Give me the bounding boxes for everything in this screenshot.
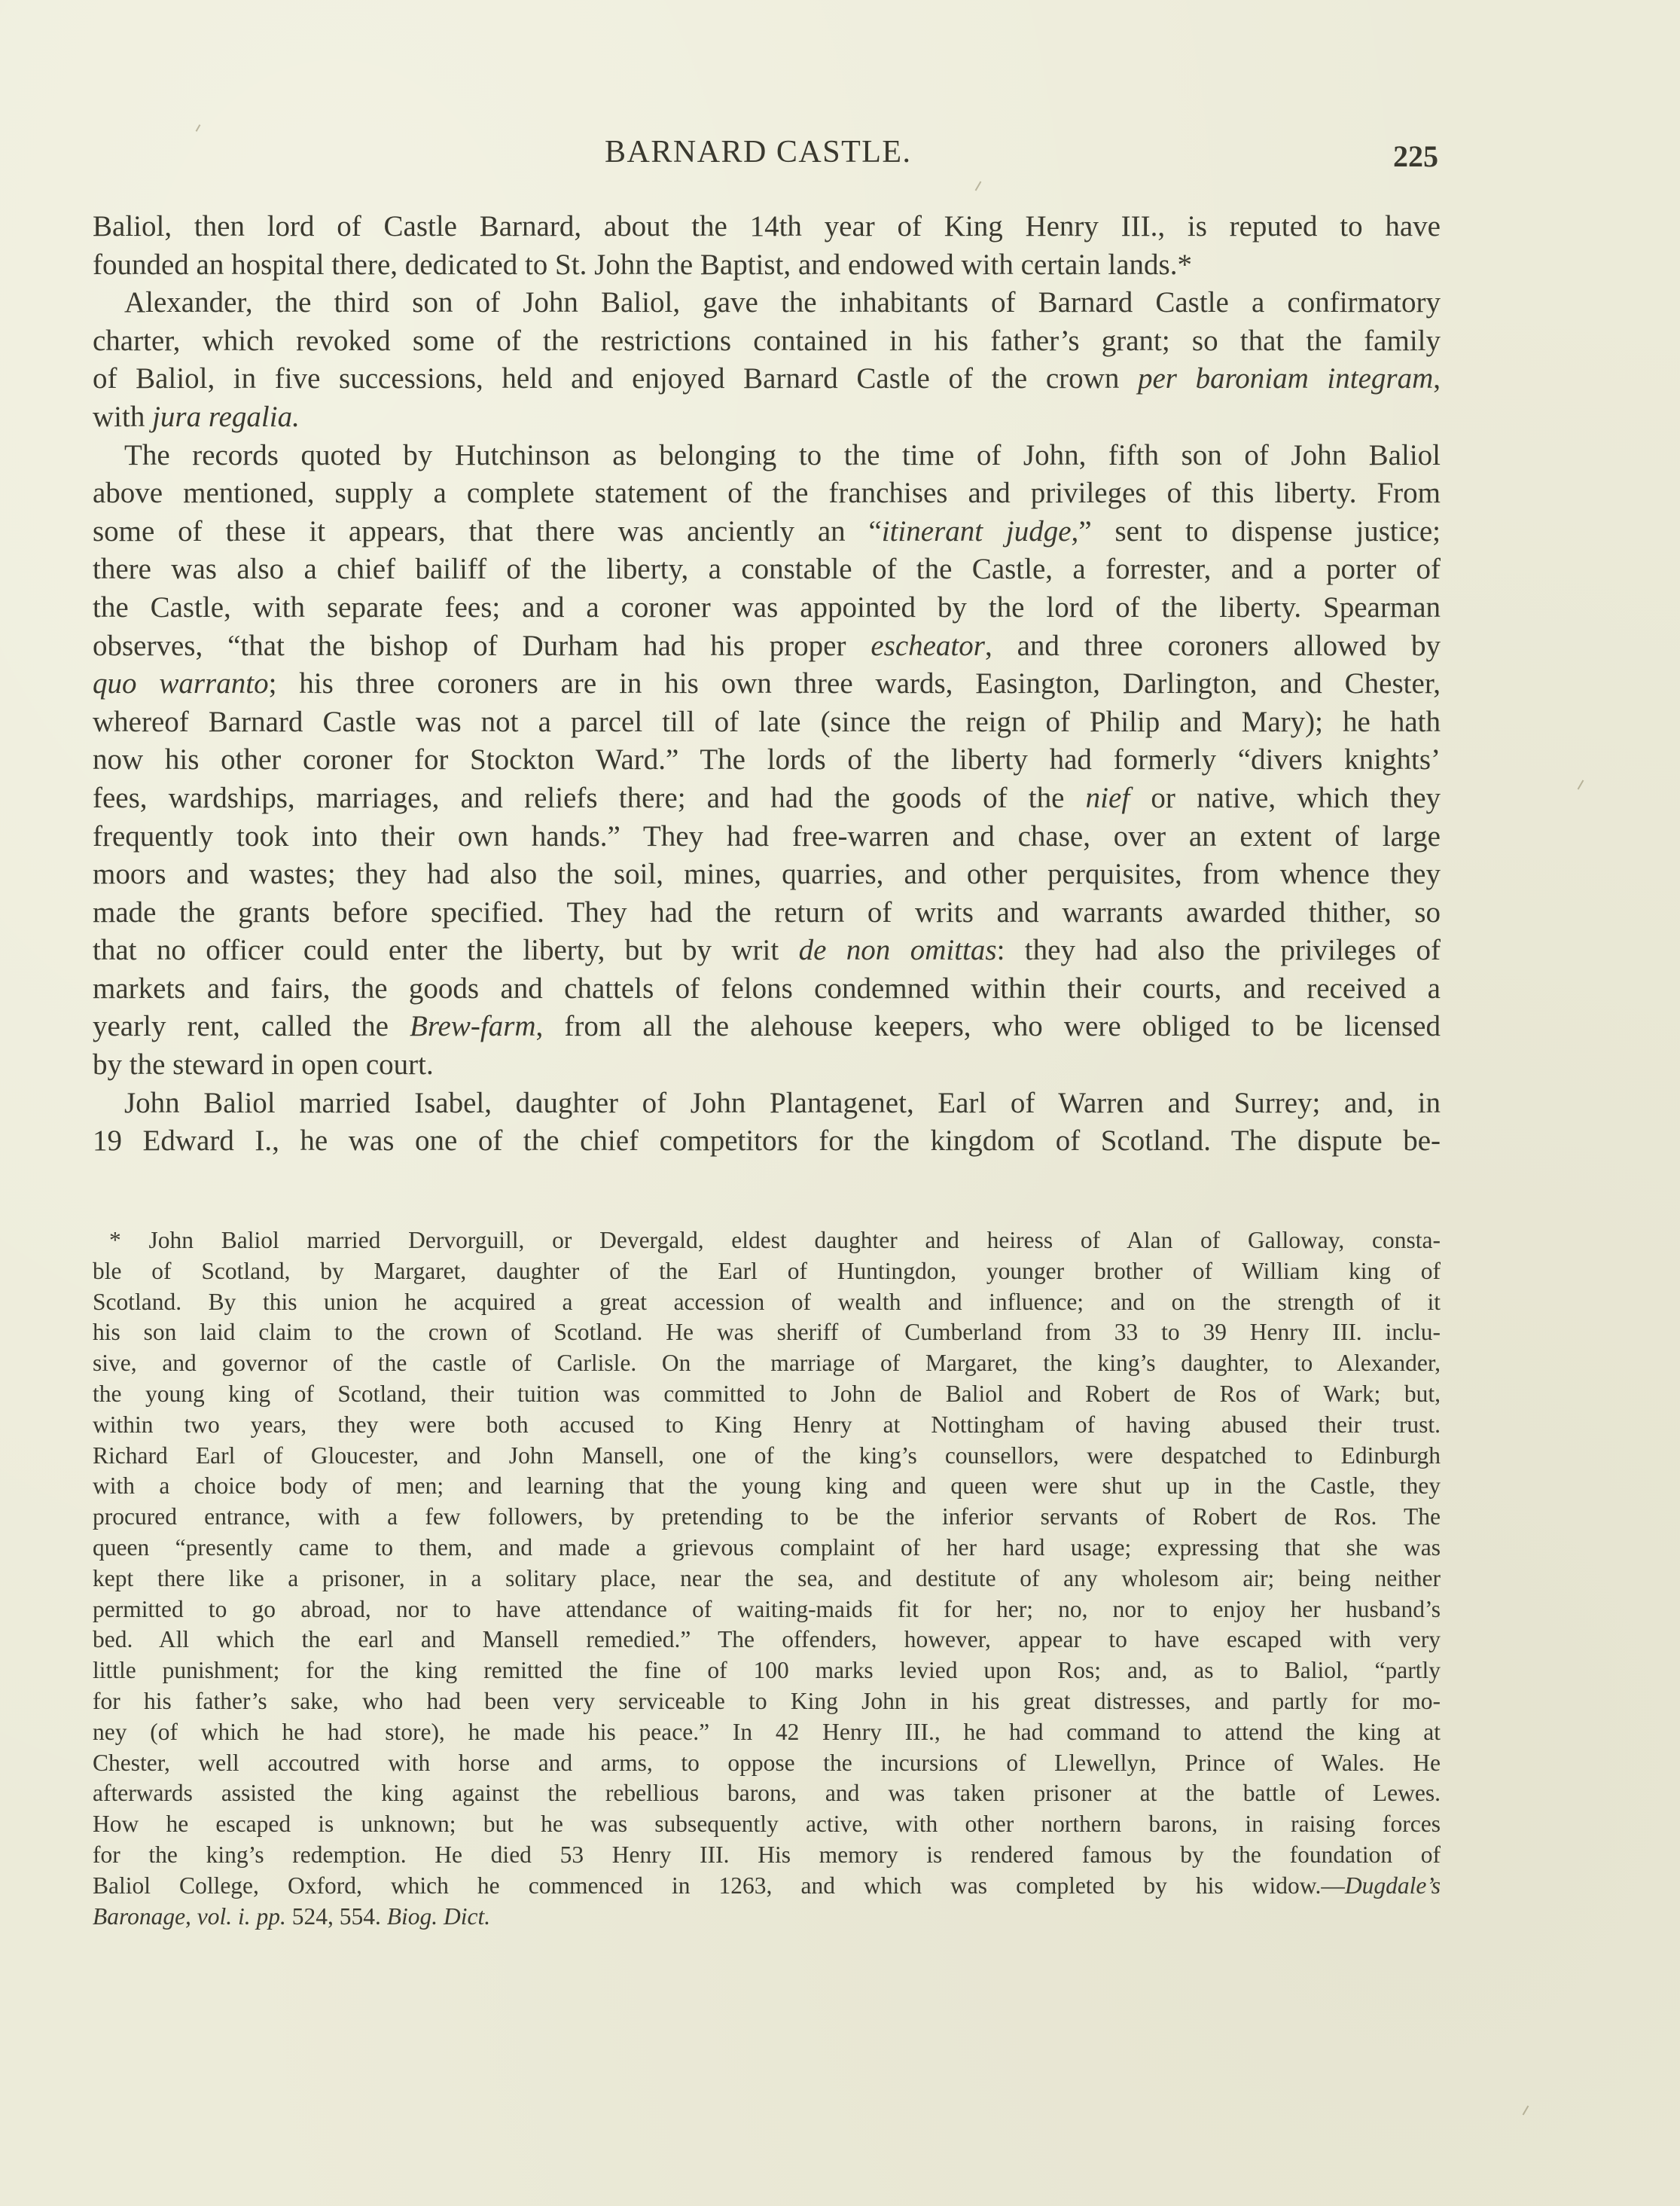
body-line: quo warranto; his three coroners are in … [93, 665, 1441, 703]
footnote-text: kept there like a prisoner, in a solitar… [93, 1565, 1441, 1591]
footnote-text: Baliol College, Oxford, which he commenc… [93, 1872, 1345, 1899]
body-line: 19 Edward I., he was one of the chief co… [93, 1122, 1441, 1161]
footnote-text: with a choice body of men; and learning … [93, 1472, 1441, 1499]
footnote-line: his son laid claim to the crown of Scotl… [93, 1317, 1441, 1348]
footnote-line: * John Baliol married Dervorguill, or De… [93, 1225, 1441, 1256]
body-text: , and three coroners allowed by [985, 630, 1441, 662]
body-line: by the steward in open court. [93, 1046, 1441, 1085]
footnote-line: Chester, well accoutred with horse and a… [93, 1748, 1441, 1779]
body-line: moors and wastes; they had also the soil… [93, 856, 1441, 894]
footnote-text: ble of Scotland, by Margaret, daughter o… [93, 1258, 1441, 1284]
body-text: now his other coroner for Stockton Ward.… [93, 743, 1441, 776]
body-line: markets and fairs, the goods and chattel… [93, 970, 1441, 1008]
body-line: founded an hospital there, dedicated to … [93, 246, 1441, 285]
footnote-text: Scotland. By this union he acquired a gr… [93, 1289, 1441, 1315]
body-text: John Baliol married Isabel, daughter of … [124, 1087, 1441, 1119]
footnote-text: Chester, well accoutred with horse and a… [93, 1750, 1441, 1776]
body-line: John Baliol married Isabel, daughter of … [93, 1085, 1441, 1123]
footnote-text: afterwards assisted the king against the… [93, 1780, 1441, 1806]
paper-speck [1523, 2105, 1529, 2115]
paper-speck [975, 181, 982, 191]
body-text: markets and fairs, the goods and chattel… [93, 972, 1441, 1005]
paper-speck [1578, 780, 1584, 789]
body-line: some of these it appears, that there was… [93, 513, 1441, 551]
body-italic-text: per baroniam integram [1138, 362, 1433, 395]
body-line: with jura regalia. [93, 398, 1441, 437]
body-line: the Castle, with separate fees; and a co… [93, 589, 1441, 627]
body-text: fees, wardships, marriages, and reliefs … [93, 782, 1086, 814]
body-text: above mentioned, supply a complete state… [93, 477, 1441, 509]
body-text: some of these it appears, that there was… [93, 515, 882, 548]
body-italic-text: nief [1086, 782, 1130, 814]
footnote-line: for the king’s redemption. He died 53 He… [93, 1840, 1441, 1871]
footnote-line: within two years, they were both accused… [93, 1410, 1441, 1441]
footnote-line: Baliol College, Oxford, which he commenc… [93, 1871, 1441, 1902]
body-text: made the grants before specified. They h… [93, 896, 1441, 929]
body-text: Alexander, the third son of John Baliol,… [124, 286, 1441, 319]
body-text: : they had also the privileges of [997, 934, 1441, 966]
footnote-line: Scotland. By this union he acquired a gr… [93, 1287, 1441, 1318]
footnote-italic-text: Baronage, vol. i. pp. [93, 1903, 286, 1930]
main-text: Baliol, then lord of Castle Barnard, abo… [93, 208, 1441, 1161]
body-line: frequently took into their own hands.” T… [93, 818, 1441, 856]
body-italic-text: jura regalia. [152, 401, 300, 433]
body-line: Alexander, the third son of John Baliol,… [93, 284, 1441, 322]
footnote-text: bed. All which the earl and Mansell reme… [93, 1626, 1441, 1652]
footnote-text: ney (of which he had store), he made his… [93, 1719, 1441, 1745]
footnote-line: Richard Earl of Gloucester, and John Man… [93, 1441, 1441, 1472]
body-line: Baliol, then lord of Castle Barnard, abo… [93, 208, 1441, 246]
footnote-text: his son laid claim to the crown of Scotl… [93, 1319, 1441, 1345]
body-text: the Castle, with separate fees; and a co… [93, 591, 1441, 624]
body-text: founded an hospital there, dedicated to … [93, 249, 1192, 281]
footnote-text: for the king’s redemption. He died 53 He… [93, 1841, 1441, 1868]
footnote-text: little punishment; for the king remitted… [93, 1657, 1441, 1683]
footnote-line: sive, and governor of the castle of Carl… [93, 1348, 1441, 1379]
footnote-line: queen “presently came to them, and made … [93, 1533, 1441, 1564]
footnote-line: for his father’s sake, who had been very… [93, 1686, 1441, 1717]
footnote-line: afterwards assisted the king against the… [93, 1778, 1441, 1809]
footnote: * John Baliol married Dervorguill, or De… [93, 1225, 1441, 1932]
footnote-text: queen “presently came to them, and made … [93, 1534, 1441, 1561]
footnote-text: How he escaped is unknown; but he was su… [93, 1811, 1441, 1837]
body-text: there was also a chief bailiff of the li… [93, 553, 1441, 585]
body-text: whereof Barnard Castle was not a parcel … [93, 706, 1441, 738]
body-text: charter, which revoked some of the restr… [93, 325, 1441, 357]
body-italic-text: quo warranto [93, 667, 269, 700]
body-italic-text: de non omittas [799, 934, 997, 966]
body-line: fees, wardships, marriages, and reliefs … [93, 780, 1441, 818]
footnote-line: procured entrance, with a few followers,… [93, 1502, 1441, 1533]
footnote-italic-text: Dugdale’s [1345, 1872, 1441, 1899]
footnote-text: the young king of Scotland, their tuitio… [93, 1381, 1441, 1407]
running-title: BARNARD CASTLE. [605, 134, 912, 170]
body-text: yearly rent, called the [93, 1010, 410, 1042]
body-line: charter, which revoked some of the restr… [93, 322, 1441, 361]
footnote-line: with a choice body of men; and learning … [93, 1471, 1441, 1502]
footnote-line: Baronage, vol. i. pp. 524, 554. Biog. Di… [93, 1902, 1441, 1933]
footnote-text: Richard Earl of Gloucester, and John Man… [93, 1442, 1441, 1469]
body-line: made the grants before specified. They h… [93, 894, 1441, 932]
body-italic-text: itinerant judge, [882, 515, 1079, 548]
body-text: of Baliol, in five successions, held and… [93, 362, 1138, 395]
body-line: there was also a chief bailiff of the li… [93, 551, 1441, 589]
footnote-line: How he escaped is unknown; but he was su… [93, 1809, 1441, 1840]
body-line: yearly rent, called the Brew-farm, from … [93, 1008, 1441, 1046]
footnote-line: ney (of which he had store), he made his… [93, 1717, 1441, 1748]
body-line: whereof Barnard Castle was not a parcel … [93, 703, 1441, 742]
footnote-line: little punishment; for the king remitted… [93, 1655, 1441, 1686]
body-text: with [93, 401, 152, 433]
body-line: The records quoted by Hutchinson as belo… [93, 437, 1441, 475]
footnote-text: within two years, they were both accused… [93, 1411, 1441, 1438]
footnote-line: permitted to go abroad, nor to have atte… [93, 1594, 1441, 1625]
footnote-line: ble of Scotland, by Margaret, daughter o… [93, 1256, 1441, 1287]
running-head: BARNARD CASTLE. 225 [0, 128, 1680, 173]
footnote-text: procured entrance, with a few followers,… [93, 1503, 1441, 1530]
body-text: or native, which they [1130, 782, 1441, 814]
body-text: frequently took into their own hands.” T… [93, 820, 1441, 853]
body-text: moors and wastes; they had also the soil… [93, 858, 1441, 890]
body-italic-text: escheator [870, 630, 985, 662]
body-text: , from all the alehouse keepers, who wer… [536, 1010, 1441, 1042]
footnote-text: sive, and governor of the castle of Carl… [93, 1350, 1441, 1376]
footnote-line: kept there like a prisoner, in a solitar… [93, 1564, 1441, 1594]
body-text: ; his three coroners are in his own thre… [269, 667, 1441, 700]
footnote-italic-text: Biog. Dict. [387, 1903, 490, 1930]
body-line: of Baliol, in five successions, held and… [93, 360, 1441, 398]
footnote-text: 524, 554. [286, 1903, 387, 1930]
body-line: above mentioned, supply a complete state… [93, 474, 1441, 513]
body-text: by the steward in open court. [93, 1048, 434, 1081]
body-text: ” sent to dispense justice; [1078, 515, 1441, 548]
body-text: 19 Edward I., he was one of the chief co… [93, 1124, 1441, 1157]
body-text: Baliol, then lord of Castle Barnard, abo… [93, 210, 1441, 243]
body-line: observes, “that the bishop of Durham had… [93, 627, 1441, 666]
body-italic-text: Brew-farm [410, 1010, 536, 1042]
footnote-text: for his father’s sake, who had been very… [93, 1688, 1441, 1714]
body-line: now his other coroner for Stockton Ward.… [93, 741, 1441, 780]
body-text: The records quoted by Hutchinson as belo… [124, 439, 1441, 471]
body-text: observes, “that the bishop of Durham had… [93, 630, 870, 662]
footnote-line: the young king of Scotland, their tuitio… [93, 1379, 1441, 1410]
body-line: that no officer could enter the liberty,… [93, 932, 1441, 970]
body-text: , [1433, 362, 1441, 395]
footnote-line: bed. All which the earl and Mansell reme… [93, 1625, 1441, 1655]
footnote-text: * John Baliol married Dervorguill, or De… [109, 1227, 1441, 1253]
footnote-text: permitted to go abroad, nor to have atte… [93, 1596, 1441, 1622]
page-number: 225 [1393, 139, 1438, 174]
book-page: BARNARD CASTLE. 225 Baliol, then lord of… [0, 0, 1680, 2206]
body-text: that no officer could enter the liberty,… [93, 934, 799, 966]
